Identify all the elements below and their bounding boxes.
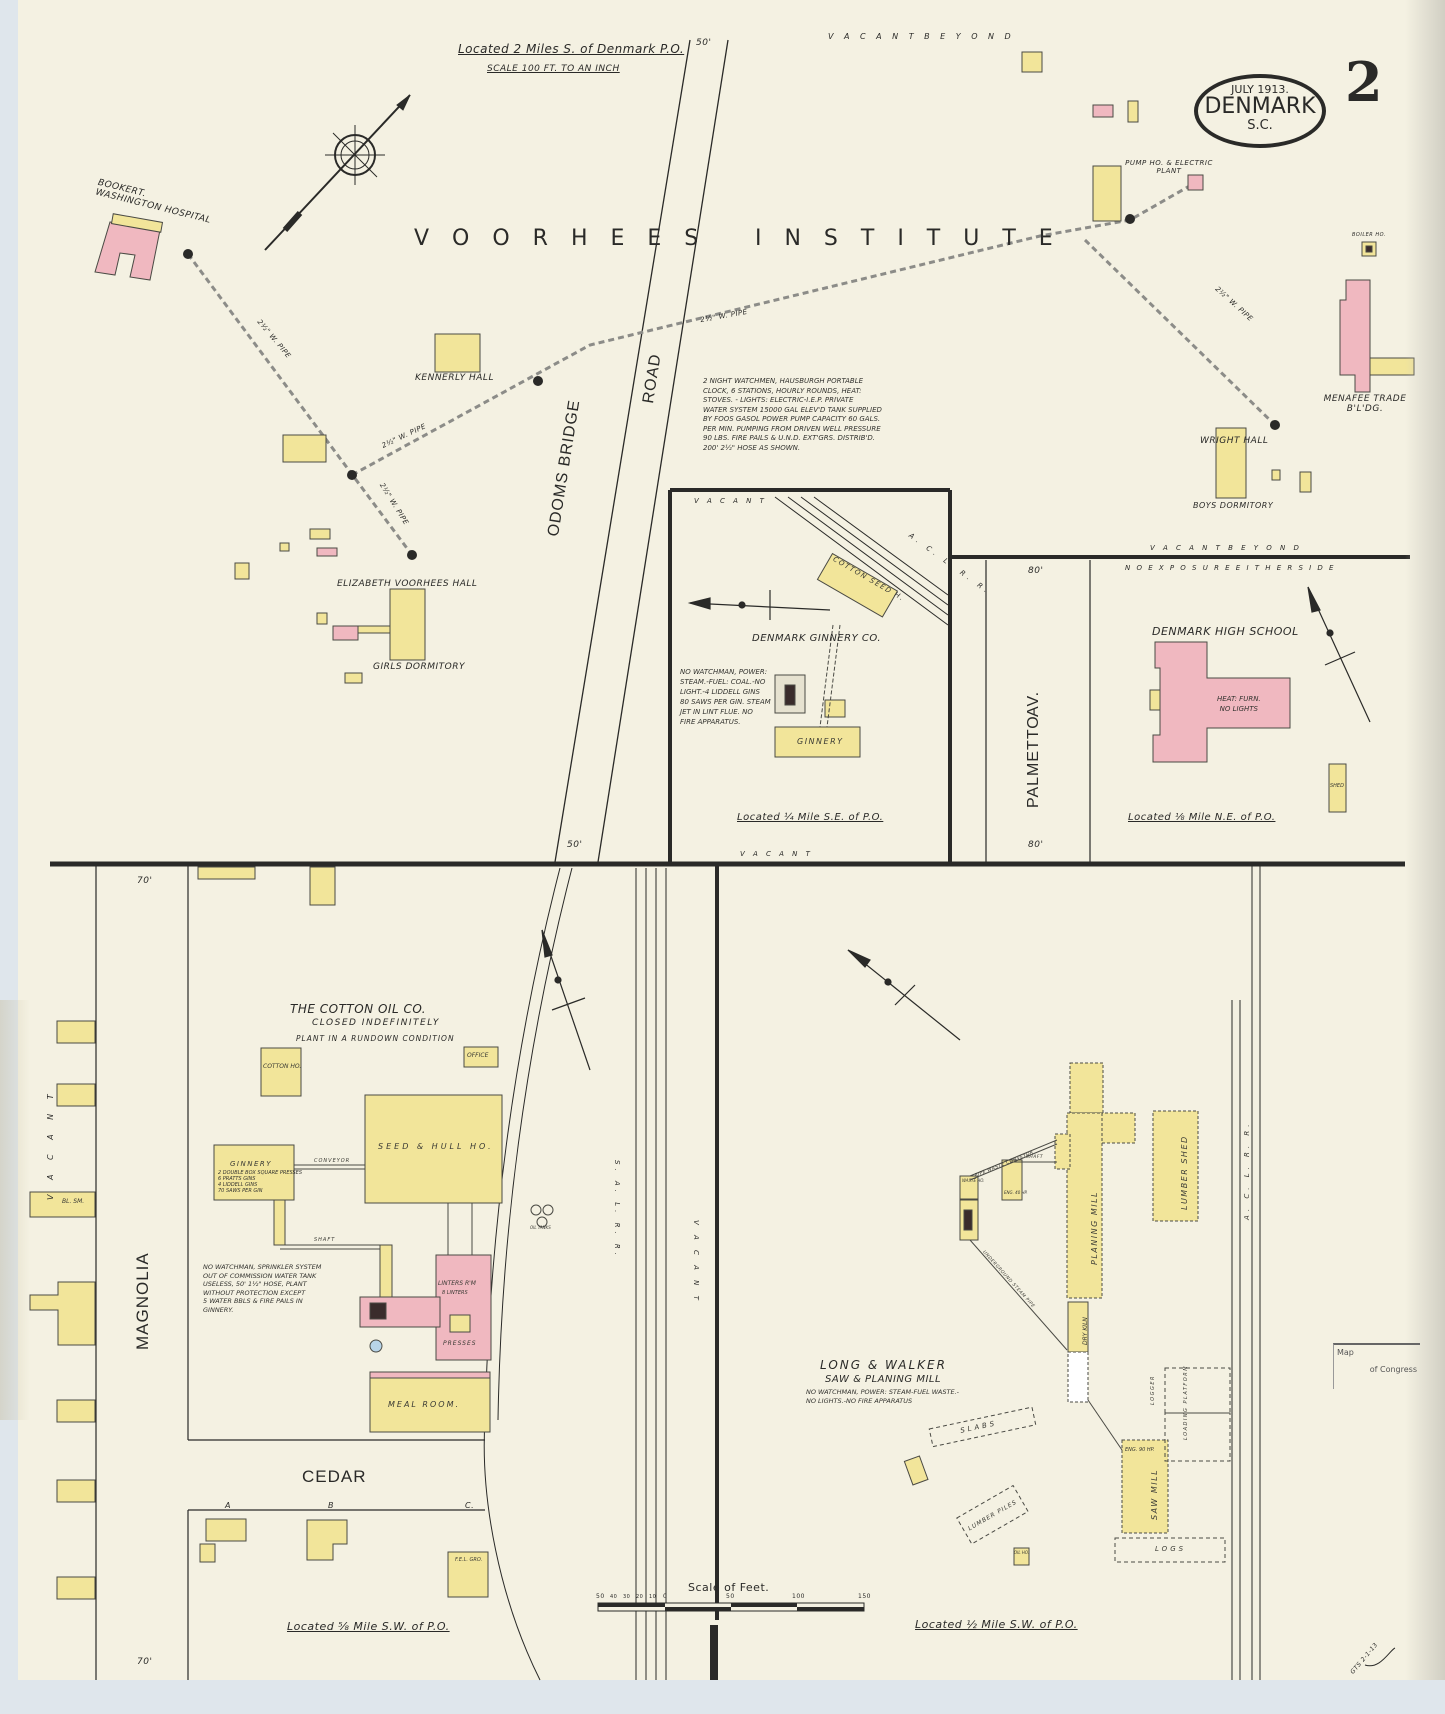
street-magnolia: MAGNOLIA [133,1252,153,1350]
width-50-top: 50' [696,38,711,48]
title-cartouche: JULY 1913. DENMARK S.C. [1194,74,1326,148]
header-scale: SCALE 100 FT. TO AN INCH [487,64,620,74]
sw-vacant-left: V A C A N T [46,1088,55,1200]
lumber-shed-label: LUMBER SHED [1180,1135,1189,1210]
map-linework [0,0,1445,1714]
ginnery-vacant-bottom: V A C A N T [740,850,813,858]
hs-note: HEAT: FURN. NO LIGHTS [1217,694,1261,714]
oil-ho-label: OIL HO. [1014,1550,1029,1555]
presses-label: PRESSES [443,1340,477,1347]
wright-hall-label: WRIGHT HALL [1200,436,1268,446]
voorhees-title: V O O R H E E S [414,226,706,251]
header-location: Located 2 Miles S. of Denmark P.O. [458,42,684,56]
hs-vacant-beyond: V A C A N T B E Y O N D [1150,544,1302,552]
kennerly-label: KENNERLY HALL [415,373,494,383]
eng-40-label: ENG. 40 HP. [1004,1190,1028,1195]
width-70-bottom: 70' [137,1657,152,1667]
voorhees-protection-note: 2 NIGHT WATCHMEN, HAUSBURGH PORTABLE CLO… [703,377,882,453]
map-state: S.C. [1198,118,1322,133]
cotton-oil-ginnery-note: 2 DOUBLE BOX SQUARE PRESSES 6 PRATTS GIN… [218,1170,302,1194]
hs-location: Located ⅛ Mile N.E. of P.O. [1128,812,1275,823]
oil-tanks-label: OIL TANKS [530,1225,551,1230]
cotton-oil-status: CLOSED INDEFINITELY [312,1018,440,1028]
eng-90-label: ENG. 90 HP. [1125,1447,1155,1453]
planing-mill-label: PLANING MILL [1090,1191,1099,1265]
hs-title: DENMARK HIGH SCHOOL [1152,625,1299,638]
saw-mill-title: LONG & WALKER [820,1358,947,1372]
seed-hull-label: SEED & HULL HO. [378,1142,494,1151]
sw-location: Located ⅝ Mile S.W. of P.O. [287,1620,450,1633]
center-vacant: V A C A N T [692,1220,700,1304]
fel-gro-label: F.E.L. GRO. [455,1557,482,1563]
acl-rr-right: A. C. L. R. R. [1243,1121,1251,1220]
scale-bar [598,1603,864,1680]
street-cedar: CEDAR [302,1467,367,1487]
dry-kiln-label: DRY KILN [1082,1317,1089,1345]
paper-edge-shadow [1405,0,1445,1680]
width-70-top: 70' [137,876,152,886]
lot-a: A [225,1501,231,1510]
width-80-bottom: 80' [1028,840,1043,850]
pump-house-label: PUMP HO. & ELECTRIC PLANT [1124,159,1214,175]
compass-rose [265,95,410,250]
saw-mill-building-label: SAW MILL [1150,1469,1159,1520]
street-palmetto: PALMETTO [1025,715,1043,808]
cotton-oil-condition: PLANT IN A RUNDOWN CONDITION [296,1034,455,1043]
width-80-top: 80' [1028,566,1043,576]
shaft-label: SHAFT [314,1237,335,1243]
girls-dorm-label: GIRLS DORMITORY [373,662,465,672]
boys-dorm-label: BOYS DORMITORY [1193,501,1273,510]
boiler-label: BOILER HO. [1352,232,1386,238]
cotton-oil-ginnery-label: GINNERY [230,1160,272,1168]
ginnery-location: Located ¼ Mile S.E. of P.O. [737,812,883,823]
sheet-number: 2 [1345,50,1383,114]
vacant-beyond-top: V A C A N T B E Y O N D [828,32,1015,41]
cotton-oil-title: THE COTTON OIL CO. [290,1002,426,1016]
sal-rr-label: S. A. L. R. R. [613,1160,621,1259]
saw-mill-location: Located ½ Mile S.W. of P.O. [915,1618,1078,1631]
lot-c: C. [465,1501,474,1510]
institute-title: I N S T I T U T E [755,226,1061,251]
street-palmetto-av: AV. [1025,691,1043,717]
logs-label: LOGS [1155,1545,1186,1553]
map-city: DENMARK [1198,96,1322,118]
office-label: OFFICE [467,1052,488,1059]
ginnery-vacant-top: V A C A N T [694,497,767,505]
waste-ho-label: WASTE HO. [962,1178,985,1183]
cotton-ho-label: COTTON HO. [263,1063,301,1070]
conveyor-label: CONVEYOR [314,1158,350,1164]
menafee-label: MENAFEE TRADE B'L'DG. [1320,394,1410,414]
saw-shaft-label: SHAFT [1026,1155,1043,1160]
width-50-odoms: 50' [567,840,582,850]
loading-platform-label: LOADING PLATFORM [1183,1365,1189,1440]
hs-shed: SHED [1330,783,1344,789]
linters-sub-label: 8 LINTERS [442,1290,468,1296]
lot-b: B [328,1501,334,1510]
cotton-oil-note: NO WATCHMAN, SPRINKLER SYSTEM OUT OF COM… [203,1263,321,1314]
hs-no-exposure: N O E X P O S U R E E I T H E R S I D E [1125,564,1335,572]
logger-label: LOGGER [1150,1375,1156,1405]
saw-mill-note: NO WATCHMAN, POWER: STEAM-FUEL WASTE.- N… [806,1388,959,1405]
linters-label: LINTERS R'M [438,1280,476,1287]
ginnery-title: DENMARK GINNERY CO. [752,633,881,644]
bl-sm-label: BL. SM. [62,1198,84,1205]
library-stamp: Map of Congress [1333,1343,1420,1389]
elizabeth-label: ELIZABETH VOORHEES HALL [337,579,477,589]
scale-ticks: 50 40 30 20 10 0 50 100 150 [596,1593,876,1603]
meal-room-label: MEAL ROOM. [388,1400,460,1409]
ginnery-building-label: GINNERY [797,737,844,746]
ginnery-note: NO WATCHMAN, POWER: STEAM.-FUEL: COAL.-N… [680,667,771,727]
saw-mill-subtitle: SAW & PLANING MILL [825,1374,941,1385]
